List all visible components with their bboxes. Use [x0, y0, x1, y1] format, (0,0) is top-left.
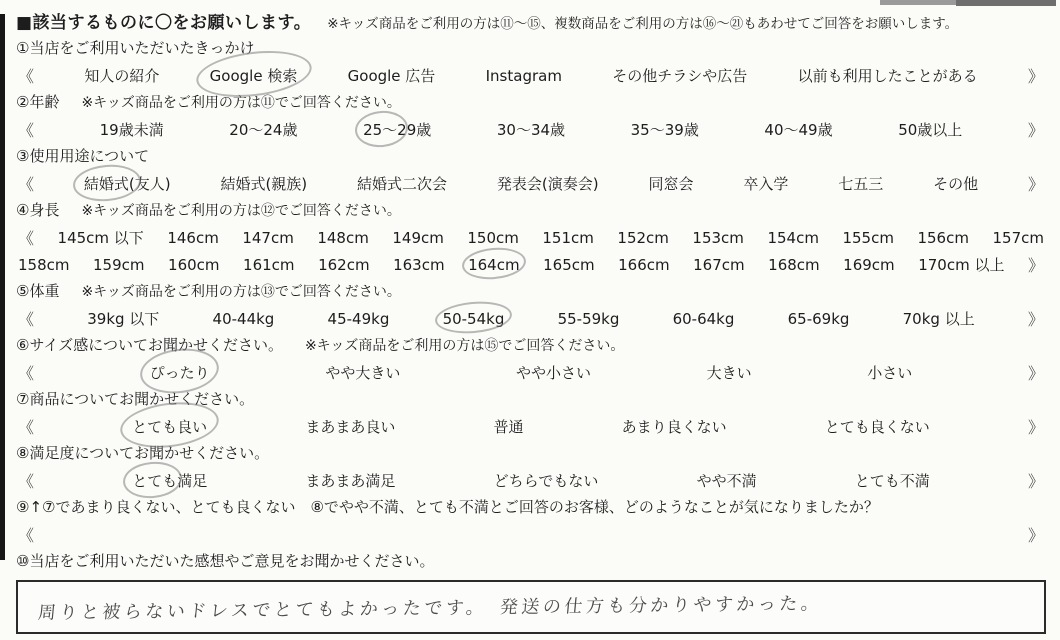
- options-row: 《結婚式(友人)結婚式(親族)結婚式二次会発表会(演奏会)同窓会卒入学七五三その…: [16, 170, 1046, 197]
- question-label-row: ⑨↑⑦であまり良くない、とても良くない ⑧でやや不満、とても不満とご回答のお客様…: [16, 494, 1046, 521]
- question-note: ※キッズ商品をご利用の方は⑬でご回答ください。: [81, 279, 400, 306]
- question-note: ※キッズ商品をご利用の方は⑮でご回答ください。: [305, 333, 624, 360]
- option: 167cm: [693, 256, 745, 274]
- option: 七五三: [838, 173, 883, 194]
- option: 158cm: [18, 256, 70, 274]
- option: 結婚式(親族): [220, 173, 307, 194]
- option: 146cm: [167, 229, 219, 247]
- open-bracket: 《: [18, 523, 34, 546]
- open-bracket: 《: [18, 415, 34, 438]
- question-label: ①当店をご利用いただいたきっかけ: [16, 35, 254, 62]
- option: 40～49歳: [764, 119, 832, 140]
- close-bracket: 》: [1028, 415, 1044, 438]
- question-label-row: ⑩当店をご利用いただいた感想やご意見をお聞かせください。: [16, 548, 1046, 575]
- option: 45-49kg: [328, 310, 390, 328]
- close-bracket: 》: [1028, 307, 1044, 330]
- option: やや大きい: [325, 362, 400, 383]
- option: 155cm: [842, 229, 894, 247]
- question-label-row: ⑥サイズ感についてお聞かせください。※キッズ商品をご利用の方は⑮でご回答ください…: [16, 332, 1046, 359]
- option: 154cm: [767, 229, 819, 247]
- option: 163cm: [393, 256, 445, 274]
- options-row: 《19歳未満20～24歳25～29歳30～34歳35～39歳40～49歳50歳以…: [16, 116, 1046, 143]
- option: まあまあ良い: [305, 416, 395, 437]
- option: 148cm: [317, 229, 369, 247]
- form-heading: ■該当するものに〇をお願いします。: [16, 8, 311, 33]
- option: 卒入学: [743, 173, 788, 194]
- option: 19歳未満: [100, 119, 164, 140]
- option-circled: 25～29歳: [363, 119, 431, 140]
- open-bracket: 《: [18, 307, 34, 330]
- option: とても不満: [855, 470, 930, 491]
- option: 160cm: [168, 256, 220, 274]
- option: 147cm: [242, 229, 294, 247]
- options-row: 《39kg 以下40-44kg45-49kg50-54kg55-59kg60-6…: [16, 305, 1046, 332]
- option: 159cm: [93, 256, 145, 274]
- option: 149cm: [392, 229, 444, 247]
- question-label: ③使用用途について: [16, 143, 149, 170]
- option: 普通: [493, 416, 523, 437]
- question-label: ⑥サイズ感についてお聞かせください。: [16, 332, 283, 359]
- question-label-row: ④身長※キッズ商品をご利用の方は⑫でご回答ください。: [16, 197, 1046, 224]
- option: 70kg 以上: [903, 308, 975, 329]
- question-label: ④身長: [16, 197, 59, 224]
- option: 166cm: [618, 256, 670, 274]
- option: 35～39歳: [631, 119, 699, 140]
- open-bracket: 《: [18, 469, 34, 492]
- option: 30～34歳: [497, 119, 565, 140]
- question-label: ⑦商品についてお聞かせください。: [16, 386, 254, 413]
- question-2: ②年齢※キッズ商品をご利用の方は⑪でご回答ください。《19歳未満20～24歳25…: [16, 89, 1046, 143]
- option: 以前も利用したことがある: [798, 65, 978, 86]
- question-label: ⑧満足度についてお聞かせください。: [16, 440, 269, 467]
- option: まあまあ満足: [305, 470, 395, 491]
- option-circled: とても満足: [132, 470, 207, 491]
- option: 55-59kg: [558, 310, 620, 328]
- option: 157cm: [992, 229, 1044, 247]
- close-bracket: 》: [1028, 64, 1044, 87]
- option: どちらでもない: [494, 470, 599, 491]
- open-bracket: 《: [18, 118, 34, 141]
- open-bracket: 《: [18, 172, 34, 195]
- question-note: ※キッズ商品をご利用の方は⑫でご回答ください。: [81, 198, 400, 225]
- open-bracket: 《: [18, 64, 34, 87]
- open-bracket: 《: [18, 226, 34, 249]
- question-label-row: ⑧満足度についてお聞かせください。: [16, 440, 1046, 467]
- options-row: 《145cm 以下146cm147cm148cm149cm150cm151cm1…: [16, 224, 1046, 251]
- options-row: 《とても満足まあまあ満足どちらでもないやや不満とても不満》: [16, 467, 1046, 494]
- option-circled: ぴったり: [150, 362, 210, 383]
- option: 60-64kg: [673, 310, 735, 328]
- form-heading-note: ※キッズ商品をご利用の方は⑪～⑮、複数商品をご利用の方は⑯～㉑もあわせてご回答を…: [327, 12, 958, 32]
- close-bracket: 》: [1028, 172, 1044, 195]
- question-4: ④身長※キッズ商品をご利用の方は⑫でご回答ください。《145cm 以下146cm…: [16, 197, 1046, 278]
- question-label: ⑩当店をご利用いただいた感想やご意見をお聞かせください。: [16, 548, 434, 575]
- option: やや不満: [697, 470, 757, 491]
- option: 168cm: [768, 256, 820, 274]
- question-9: ⑨↑⑦であまり良くない、とても良くない ⑧でやや不満、とても不満とご回答のお客様…: [16, 494, 1046, 548]
- close-bracket: 》: [1028, 361, 1044, 384]
- option: Google 広告: [348, 65, 436, 86]
- question-3: ③使用用途について《結婚式(友人)結婚式(親族)結婚式二次会発表会(演奏会)同窓…: [16, 143, 1046, 197]
- option: とても良くない: [825, 416, 930, 437]
- question-1: ①当店をご利用いただいたきっかけ《知人の紹介Google 検索Google 広告…: [16, 35, 1046, 89]
- option: 発表会(演奏会): [497, 173, 599, 194]
- question-label-row: ③使用用途について: [16, 143, 1046, 170]
- handwritten-comment: 周りと被らないドレスでとてもよかったです。 発送の仕方も分かりやすかった。: [37, 589, 824, 625]
- questions-container: ①当店をご利用いただいたきっかけ《知人の紹介Google 検索Google 広告…: [16, 35, 1046, 634]
- question-7: ⑦商品についてお聞かせください。《とても良いまあまあ良い普通あまり良くないとても…: [16, 386, 1046, 440]
- form-heading-row: ■該当するものに〇をお願いします。 ※キッズ商品をご利用の方は⑪～⑮、複数商品を…: [16, 8, 1046, 35]
- option: 50歳以上: [898, 119, 962, 140]
- option-circled: 164cm: [468, 256, 520, 274]
- option-circled: Google 検索: [210, 65, 298, 86]
- option: 小さい: [867, 362, 912, 383]
- option: 152cm: [617, 229, 669, 247]
- survey-page: ■該当するものに〇をお願いします。 ※キッズ商品をご利用の方は⑪～⑮、複数商品を…: [0, 0, 1060, 640]
- question-label: ②年齢: [16, 89, 59, 116]
- option: 65-69kg: [788, 310, 850, 328]
- open-bracket: 《: [18, 361, 34, 384]
- option: 39kg 以下: [87, 308, 159, 329]
- question-label-row: ①当店をご利用いただいたきっかけ: [16, 35, 1046, 62]
- question-5: ⑤体重※キッズ商品をご利用の方は⑬でご回答ください。《39kg 以下40-44k…: [16, 278, 1046, 332]
- option: Instagram: [486, 67, 562, 85]
- option: 知人の紹介: [84, 65, 159, 86]
- option: その他: [933, 173, 978, 194]
- close-bracket: 》: [1028, 118, 1044, 141]
- option: 170cm 以上: [918, 254, 1004, 275]
- question-label: ⑤体重: [16, 278, 59, 305]
- option: 169cm: [843, 256, 895, 274]
- options-row: 158cm159cm160cm161cm162cm163cm164cm165cm…: [16, 251, 1046, 278]
- question-note: ※キッズ商品をご利用の方は⑪でご回答ください。: [81, 90, 400, 117]
- option: 145cm 以下: [58, 227, 144, 248]
- option: 150cm: [467, 229, 519, 247]
- option-circled: とても良い: [132, 416, 207, 437]
- question-6: ⑥サイズ感についてお聞かせください。※キッズ商品をご利用の方は⑮でご回答ください…: [16, 332, 1046, 386]
- option: 161cm: [243, 256, 295, 274]
- option: 156cm: [917, 229, 969, 247]
- question-10: ⑩当店をご利用いただいた感想やご意見をお聞かせください。周りと被らないドレスでと…: [16, 548, 1046, 634]
- option: 40-44kg: [213, 310, 275, 328]
- option: 151cm: [542, 229, 594, 247]
- question-label: ⑨↑⑦であまり良くない、とても良くない ⑧でやや不満、とても不満とご回答のお客様…: [16, 494, 879, 521]
- question-8: ⑧満足度についてお聞かせください。《とても満足まあまあ満足どちらでもないやや不満…: [16, 440, 1046, 494]
- option: 165cm: [543, 256, 595, 274]
- option-circled: 50-54kg: [443, 310, 505, 328]
- option: 153cm: [692, 229, 744, 247]
- option: その他チラシや広告: [612, 65, 747, 86]
- options-row: 《知人の紹介Google 検索Google 広告Instagramその他チラシや…: [16, 62, 1046, 89]
- options-row: 《ぴったりやや大きいやや小さい大きい小さい》: [16, 359, 1046, 386]
- options-row: 《》: [16, 521, 1046, 548]
- option: やや小さい: [516, 362, 591, 383]
- option-circled: 結婚式(友人): [84, 173, 171, 194]
- question-label-row: ⑦商品についてお聞かせください。: [16, 386, 1046, 413]
- option: 162cm: [318, 256, 370, 274]
- option: 20～24歳: [229, 119, 297, 140]
- close-bracket: 》: [1028, 523, 1044, 546]
- close-bracket: 》: [1028, 253, 1044, 276]
- question-label-row: ⑤体重※キッズ商品をご利用の方は⑬でご回答ください。: [16, 278, 1046, 305]
- options-row: 《とても良いまあまあ良い普通あまり良くないとても良くない》: [16, 413, 1046, 440]
- scan-artifact-left-edge: [0, 14, 5, 560]
- close-bracket: 》: [1028, 469, 1044, 492]
- question-label-row: ②年齢※キッズ商品をご利用の方は⑪でご回答ください。: [16, 89, 1046, 116]
- option: あまり良くない: [622, 416, 727, 437]
- option: 同窓会: [648, 173, 693, 194]
- comment-box: 周りと被らないドレスでとてもよかったです。 発送の仕方も分かりやすかった。: [16, 580, 1046, 634]
- option: 結婚式二次会: [357, 173, 447, 194]
- option: 大きい: [707, 362, 752, 383]
- scan-artifact-top-edge-dark: [956, 0, 1056, 6]
